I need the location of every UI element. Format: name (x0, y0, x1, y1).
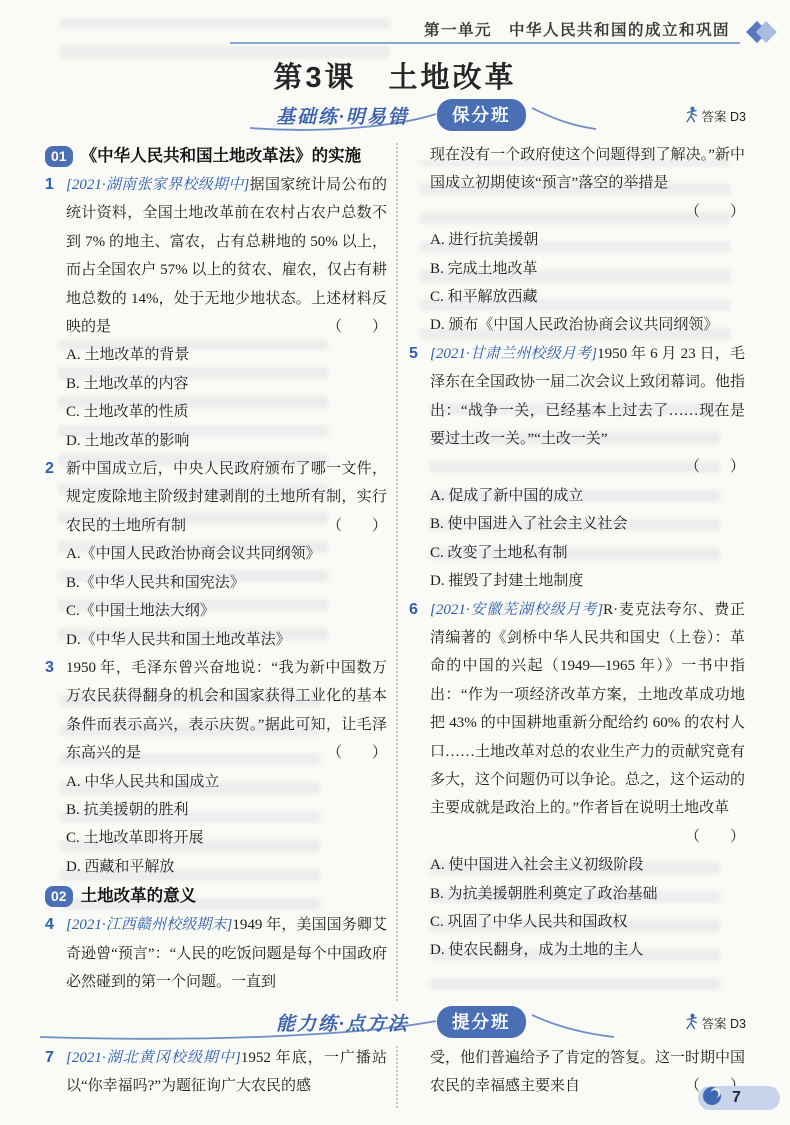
option: D. 颁布《中国人民政治协商会议共同纲领》 (430, 311, 745, 339)
main-content: 01 《中华人民共和国土地改革法》的实施 1 [2021·湖南张家界校级期中]据… (45, 141, 745, 1001)
question-body: 现在没有一个政府使这个问题得到了解决。”新中国成立初期使该“预言”落空的举措是 (430, 147, 745, 191)
question-text: [2021·甘肃兰州校级月考]1950 年 6 月 23 日，毛泽东在全国政协一… (430, 340, 745, 482)
option: D. 摧毁了封建土地制度 (430, 567, 745, 595)
answer-bracket: （ ） (327, 739, 387, 767)
section-header-2: 02 土地改革的意义 (45, 881, 387, 911)
unit-title: 第一单元 中华人民共和国的成立和巩固 (424, 18, 730, 40)
question-number: 1 (45, 171, 54, 199)
workbook-page: 第一单元 中华人民共和国的成立和巩固 第3课 土地改革 基础练·明易错 保分班 (0, 0, 790, 1125)
option: C. 巩固了中华人民共和国政权 (430, 908, 745, 936)
question-text: 受，他们普遍给予了肯定的答复。这一时期中国农民的幸福感主要来自 （ ） (430, 1044, 745, 1101)
answer-reference: 答案 D3 (685, 106, 746, 126)
section-header-1: 01 《中华人民共和国土地改革法》的实施 (45, 141, 387, 171)
question-source: [2021·江西赣州校级期末] (66, 917, 232, 933)
column-divider (396, 143, 398, 1001)
question-number: 4 (45, 911, 54, 939)
class-badge: 提分班 (437, 1006, 526, 1038)
question-5: 5 [2021·甘肃兰州校级月考]1950 年 6 月 23 日，毛泽东在全国政… (409, 340, 745, 596)
question-source: [2021·甘肃兰州校级月考] (430, 346, 597, 362)
question-2: 2 新中国成立后，中央人民政府颁布了哪一文件，规定废除地主阶级封建剥削的土地所有… (45, 455, 387, 654)
option: A. 土地改革的背景 (66, 341, 387, 369)
option: D. 西藏和平解放 (66, 853, 387, 881)
diamond-icon (736, 17, 780, 52)
banner-tagline: 基础练·明易错 (276, 102, 409, 129)
answer-label: 答案 D3 (702, 107, 746, 125)
question-4-left: 4 [2021·江西赣州校级期末]1949 年，美国国务卿艾奇逊曾“预言”：“人… (45, 911, 387, 996)
question-body: R·麦克法夸尔、费正清编著的《剑桥中华人民共和国史（上卷）：革命的中国的兴起（1… (430, 602, 745, 817)
banner-tagline: 能力练·点方法 (276, 1009, 409, 1036)
option: D. 使农民翻身，成为土地的主人 (430, 936, 745, 964)
option: C. 土地改革的性质 (66, 398, 387, 426)
section-badge: 01 (45, 146, 73, 167)
page-number-pill: 7 (698, 1086, 780, 1110)
option: C. 和平解放西藏 (430, 283, 745, 311)
section-title: 《中华人民共和国土地改革法》的实施 (81, 141, 362, 171)
option: B. 使中国进入了社会主义社会 (430, 510, 745, 538)
left-column: 01 《中华人民共和国土地改革法》的实施 1 [2021·湖南张家界校级期中]据… (45, 141, 387, 1001)
question-body: 据国家统计局公布的统计资料，全国土地改革前在农村占农户总数不到 7% 的地主、富… (66, 177, 387, 335)
section-badge: 02 (45, 886, 73, 907)
question-7-left: 7 [2021·湖北黄冈校级期中]1952 年底，一广播站以“你幸福吗?”为题征… (45, 1044, 387, 1101)
lesson-title: 第3课 土地改革 (0, 55, 790, 96)
option: C.《中国土地法大纲》 (66, 597, 387, 625)
question-text: 新中国成立后，中央人民政府颁布了哪一文件，规定废除地主阶级封建剥削的土地所有制，… (66, 455, 387, 540)
column-divider (396, 1046, 398, 1108)
option: B. 抗美援朝的胜利 (66, 796, 387, 824)
question-number: 6 (409, 596, 418, 624)
option: D.《中华人民共和国土地改革法》 (66, 626, 387, 654)
basic-practice-banner: 基础练·明易错 保分班 答案 D3 (0, 97, 790, 135)
option: D. 土地改革的影响 (66, 427, 387, 455)
option: A. 进行抗美援朝 (430, 226, 745, 254)
question-7-right: 受，他们普遍给予了肯定的答复。这一时期中国农民的幸福感主要来自 （ ） (409, 1044, 745, 1101)
answer-label: 答案 D3 (702, 1014, 746, 1032)
question-4-right: 现在没有一个政府使这个问题得到了解决。”新中国成立初期使该“预言”落空的举措是 … (409, 141, 745, 340)
answer-bracket: （ ） (430, 198, 745, 226)
question-text: [2021·安徽芜湖校级月考]R·麦克法夸尔、费正清编著的《剑桥中华人民共和国史… (430, 596, 745, 852)
question-number: 5 (409, 340, 418, 368)
option: A. 使中国进入社会主义初级阶段 (430, 851, 745, 879)
question-text: [2021·湖南张家界校级期中]据国家统计局公布的统计资料，全国土地改革前在农村… (66, 171, 387, 341)
page-number: 7 (732, 1089, 741, 1107)
question-source: [2021·湖北黄冈校级期中] (66, 1050, 241, 1066)
header-rule (230, 42, 740, 44)
option: C. 改变了土地私有制 (430, 539, 745, 567)
bottom-left-column: 7 [2021·湖北黄冈校级期中]1952 年底，一广播站以“你幸福吗?”为题征… (45, 1044, 387, 1110)
option: C. 土地改革即将开展 (66, 824, 387, 852)
right-column: 现在没有一个政府使这个问题得到了解决。”新中国成立初期使该“预言”落空的举措是 … (409, 141, 745, 1001)
option: B. 土地改革的内容 (66, 370, 387, 398)
question-6: 6 [2021·安徽芜湖校级月考]R·麦克法夸尔、费正清编著的《剑桥中华人民共和… (409, 596, 745, 965)
question-number: 3 (45, 654, 54, 682)
option: B. 为抗美援朝胜利奠定了政治基础 (430, 880, 745, 908)
section-title: 土地改革的意义 (81, 881, 197, 911)
option: B. 完成土地改革 (430, 255, 745, 283)
moon-icon (702, 1086, 722, 1111)
question-source: [2021·安徽芜湖校级月考] (430, 602, 603, 618)
question-3: 3 1950 年，毛泽东曾兴奋地说：“我为新中国数万万农民获得翻身的机会和国家获… (45, 654, 387, 881)
option: A.《中国人民政治协商会议共同纲领》 (66, 540, 387, 568)
answer-reference: 答案 D3 (685, 1013, 746, 1033)
option: B.《中华人民共和国宪法》 (66, 569, 387, 597)
answer-bracket: （ ） (327, 313, 387, 341)
bottom-content: 7 [2021·湖北黄冈校级期中]1952 年底，一广播站以“你幸福吗?”为题征… (45, 1044, 745, 1110)
option: A. 中华人民共和国成立 (66, 768, 387, 796)
question-text: [2021·湖北黄冈校级期中]1952 年底，一广播站以“你幸福吗?”为题征询广… (66, 1044, 387, 1101)
person-icon (685, 1013, 698, 1033)
person-icon (685, 106, 698, 126)
answer-bracket: （ ） (327, 512, 387, 540)
answer-bracket: （ ） (430, 453, 745, 481)
option: A. 促成了新中国的成立 (430, 482, 745, 510)
question-number: 7 (45, 1044, 54, 1072)
question-number: 2 (45, 455, 54, 483)
answer-bracket: （ ） (685, 823, 745, 851)
question-source: [2021·湖南张家界校级期中] (66, 177, 249, 193)
question-text: 1950 年，毛泽东曾兴奋地说：“我为新中国数万万农民获得翻身的机会和国家获得工… (66, 654, 387, 768)
question-1: 1 [2021·湖南张家界校级期中]据国家统计局公布的统计资料，全国土地改革前在… (45, 171, 387, 455)
question-text: [2021·江西赣州校级期末]1949 年，美国国务卿艾奇逊曾“预言”：“人民的… (66, 911, 387, 996)
class-badge: 保分班 (437, 99, 526, 131)
bottom-right-column: 受，他们普遍给予了肯定的答复。这一时期中国农民的幸福感主要来自 （ ） (409, 1044, 745, 1110)
question-text: 现在没有一个政府使这个问题得到了解决。”新中国成立初期使该“预言”落空的举措是 … (430, 141, 745, 226)
page-header: 第一单元 中华人民共和国的成立和巩固 (0, 14, 790, 46)
ability-practice-banner: 能力练·点方法 提分班 答案 D3 (0, 1004, 790, 1042)
